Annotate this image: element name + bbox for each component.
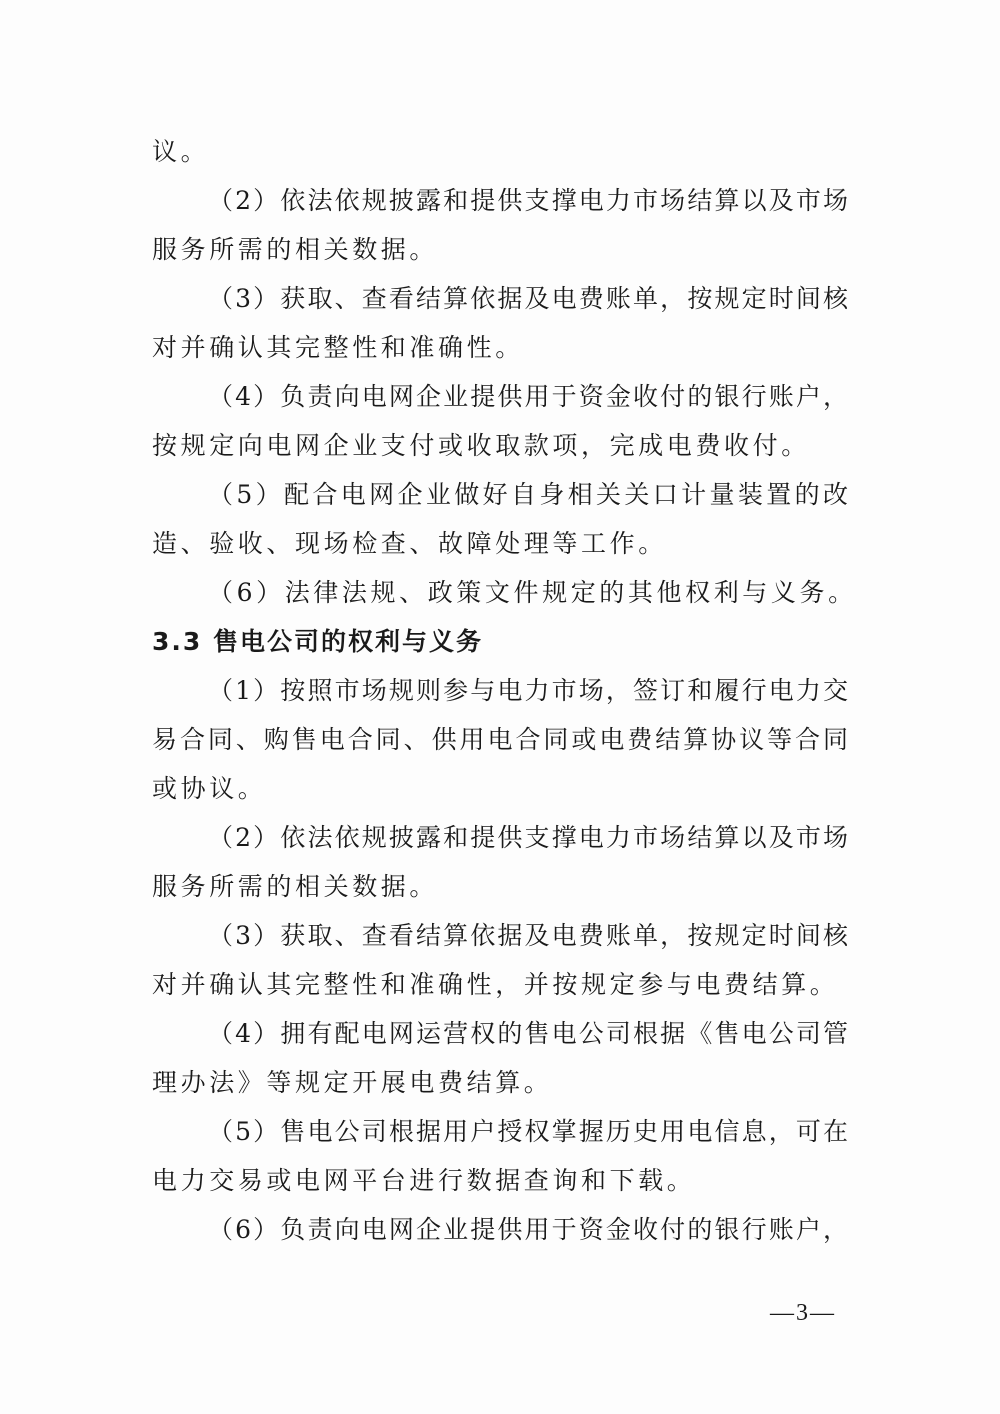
text-line: 按规定向电网企业支付或收取款项，完成电费收付。 <box>152 431 852 461</box>
text-line: （3）获取、查看结算依据及电费账单，按规定时间核 <box>208 284 848 314</box>
text-line: 造、验收、现场检查、故障处理等工作。 <box>152 529 852 559</box>
text-line: 或协议。 <box>152 774 852 804</box>
text-line: （3）获取、查看结算依据及电费账单，按规定时间核 <box>208 921 848 951</box>
text-line: 服务所需的相关数据。 <box>152 235 852 265</box>
text-line: （5）售电公司根据用户授权掌握历史用电信息，可在 <box>208 1117 848 1147</box>
text-line: 服务所需的相关数据。 <box>152 872 852 902</box>
text-line: 对并确认其完整性和准确性。 <box>152 333 852 363</box>
text-line: （2）依法依规披露和提供支撑电力市场结算以及市场 <box>208 823 848 853</box>
page-number: —3— <box>770 1300 836 1327</box>
text-line: 对并确认其完整性和准确性，并按规定参与电费结算。 <box>152 970 852 1000</box>
text-line: （6）法律法规、政策文件规定的其他权利与义务。 <box>208 578 908 608</box>
section-heading: 3.3 售电公司的权利与义务 <box>152 627 852 657</box>
text-line: 电力交易或电网平台进行数据查询和下载。 <box>152 1166 852 1196</box>
text-line: （4）负责向电网企业提供用于资金收付的银行账户， <box>208 382 848 412</box>
text-line: （2）依法依规披露和提供支撑电力市场结算以及市场 <box>208 186 848 216</box>
text-line: （5）配合电网企业做好自身相关关口计量装置的改 <box>208 480 848 510</box>
text-line: （6）负责向电网企业提供用于资金收付的银行账户， <box>208 1215 848 1245</box>
text-line: （4）拥有配电网运营权的售电公司根据《售电公司管 <box>208 1019 848 1049</box>
text-line: 议。 <box>152 137 852 167</box>
text-line: 易合同、购售电合同、供用电合同或电费结算协议等合同 <box>152 725 848 755</box>
document-page: 议。 （2）依法依规披露和提供支撑电力市场结算以及市场 服务所需的相关数据。 （… <box>0 0 1000 1414</box>
text-line: 理办法》等规定开展电费结算。 <box>152 1068 852 1098</box>
text-line: （1）按照市场规则参与电力市场，签订和履行电力交 <box>208 676 848 706</box>
